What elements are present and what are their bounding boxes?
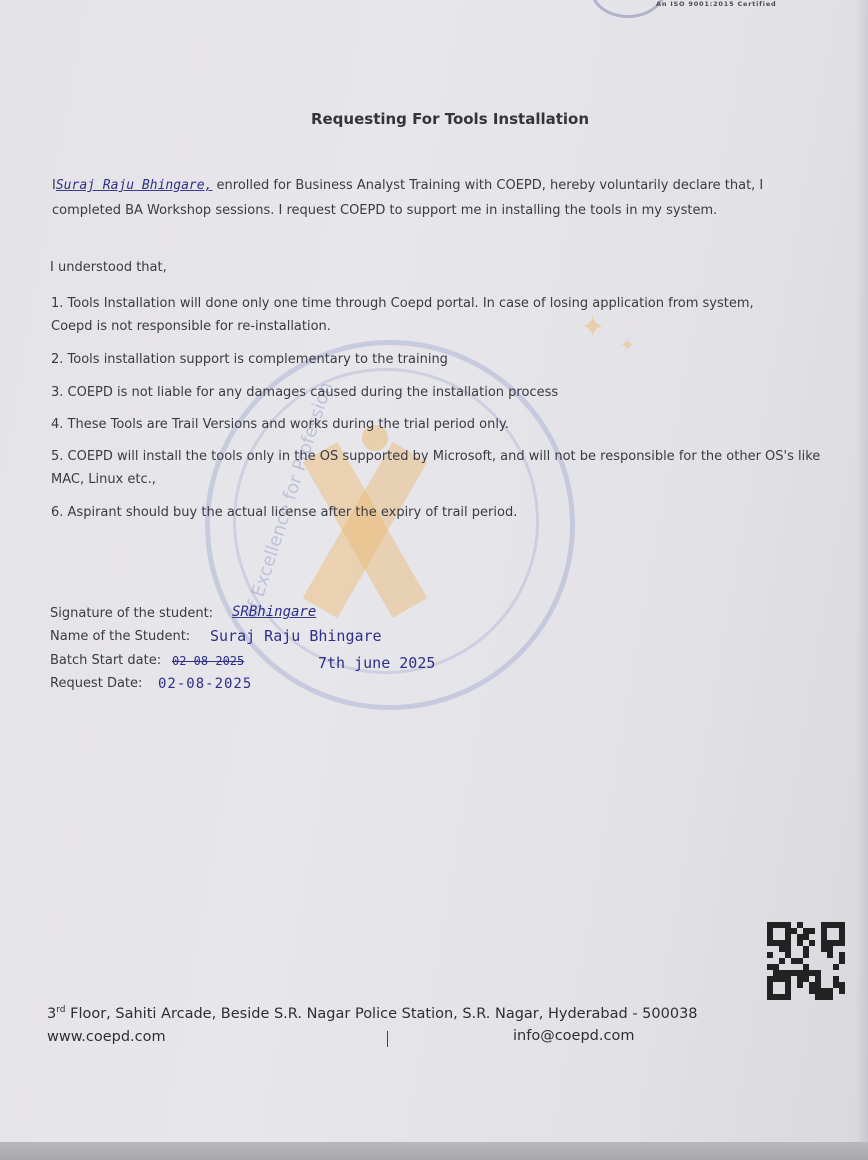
term-item-2: 2. Tools installation support is complem… xyxy=(51,352,448,367)
watermark-x-stroke xyxy=(303,442,428,618)
coepd-logo-arc xyxy=(590,0,666,18)
term-item-5: 5. COEPD will install the tools only in … xyxy=(51,449,820,464)
signature-value: SRBhingare xyxy=(232,604,316,620)
page-bottom-shadow xyxy=(0,1142,868,1160)
scanned-document-page: An ISO 9001:2015 Certified ✦ ✦ of Excell… xyxy=(0,0,868,1145)
address-text: Floor, Sahiti Arcade, Beside S.R. Nagar … xyxy=(66,1006,698,1022)
footer-email: info@coepd.com xyxy=(513,1028,634,1044)
batch-start-label: Batch Start date: xyxy=(50,653,161,668)
watermark-x-stroke xyxy=(303,442,428,618)
term-item-3: 3. COEPD is not liable for any damages c… xyxy=(51,385,558,400)
student-name-value: Suraj Raju Bhingare xyxy=(210,627,382,645)
document-title: Requesting For Tools Installation xyxy=(0,110,868,128)
watermark-star-icon: ✦ xyxy=(620,335,635,356)
address-floor: 3 xyxy=(47,1006,56,1022)
address-superscript: rd xyxy=(56,1005,65,1015)
footer-address: 3rd Floor, Sahiti Arcade, Beside S.R. Na… xyxy=(47,1005,698,1022)
term-item-1: 1. Tools Installation will done only one… xyxy=(51,296,754,311)
qr-code xyxy=(767,922,845,1000)
watermark-text: of Excellence for Profession xyxy=(241,380,337,622)
batch-start-struck-value: 02-08-2025 xyxy=(172,654,244,668)
term-item-5-continued: MAC, Linux etc., xyxy=(51,472,156,487)
understood-heading: I understood that, xyxy=(50,260,167,275)
request-date-label: Request Date: xyxy=(50,676,142,691)
footer-website: www.coepd.com xyxy=(47,1029,166,1045)
term-item-4: 4. These Tools are Trail Versions and wo… xyxy=(51,417,509,432)
request-date-value: 02-08-2025 xyxy=(158,676,252,692)
signature-label: Signature of the student: xyxy=(50,606,213,621)
handwritten-student-name: Suraj Raju Bhingare, xyxy=(56,178,213,193)
page-edge-shadow xyxy=(856,0,868,1145)
student-name-label: Name of the Student: xyxy=(50,629,190,644)
iso-certification-text: An ISO 9001:2015 Certified xyxy=(656,0,777,8)
watermark-star-icon: ✦ xyxy=(580,310,605,345)
batch-start-value: 7th june 2025 xyxy=(318,654,435,672)
term-item-6: 6. Aspirant should buy the actual licens… xyxy=(51,505,517,520)
declaration-line-1: ISuraj Raju Bhingare, enrolled for Busin… xyxy=(52,178,763,193)
footer-divider xyxy=(387,1031,388,1047)
declaration-line-2: completed BA Workshop sessions. I reques… xyxy=(52,203,717,218)
declaration-line-1-text: enrolled for Business Analyst Training w… xyxy=(212,178,763,193)
term-item-1-continued: Coepd is not responsible for re-installa… xyxy=(51,319,331,334)
